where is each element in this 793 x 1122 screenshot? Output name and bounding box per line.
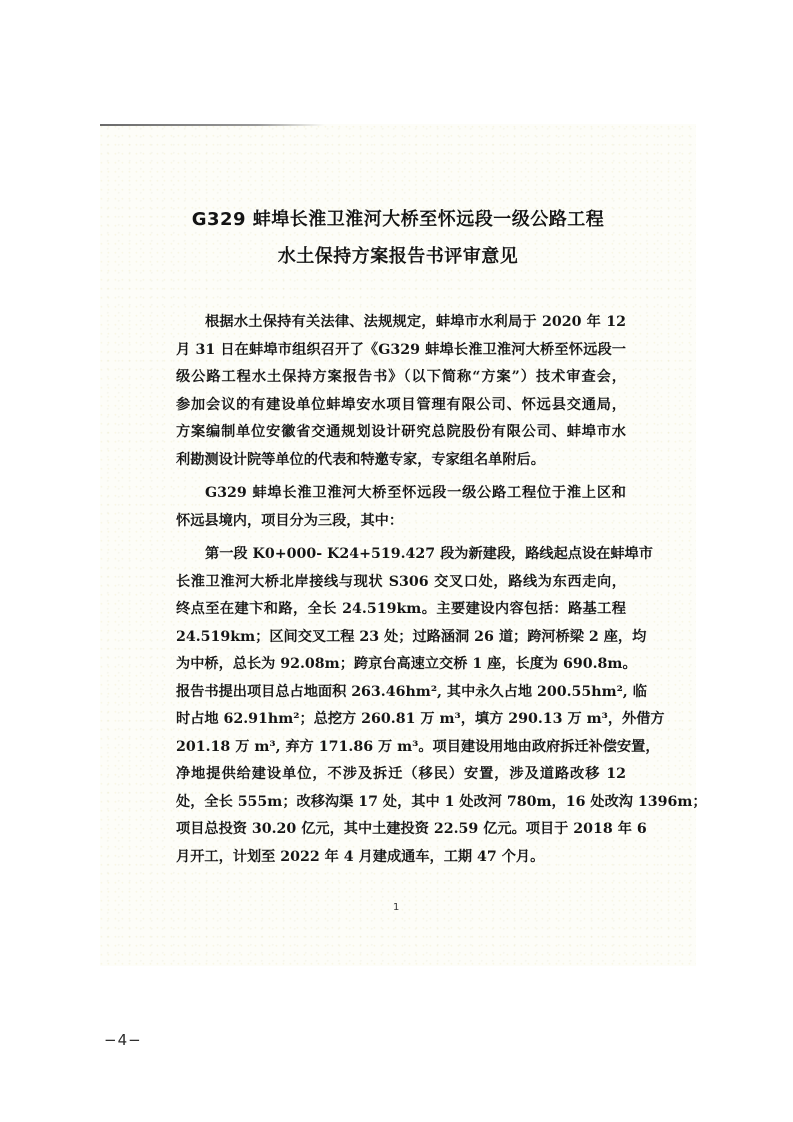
text-line: 第一段 K0+000- K24+519.427 段为新建段，路线起点设在蚌埠市 [176, 541, 626, 569]
paragraph-location: G329 蚌埠长淮卫淮河大桥至怀远段一级公路工程位于淮上区和 怀远县境内，项目分… [176, 480, 626, 535]
text-line: 为中桥，总长为 92.08m；跨京台高速立交桥 1 座，长度为 690.8m。 [176, 651, 626, 679]
text-line: 长淮卫淮河大桥北岸接线与现状 S306 交叉口处，路线为东西走向， [176, 569, 626, 597]
text-line: 净地提供给建设单位，不涉及拆迁（移民）安置，涉及道路改移 12 [176, 761, 626, 789]
document-title-line1: G329 蚌埠长淮卫淮河大桥至怀远段一级公路工程 [100, 205, 696, 231]
document-body: 根据水土保持有关法律、法规规定，蚌埠市水利局于 2020 年 12 月 31 日… [176, 309, 626, 871]
text-line: 根据水土保持有关法律、法规规定，蚌埠市水利局于 2020 年 12 [176, 309, 626, 337]
footer-page-marker: −4− [104, 1031, 142, 1049]
scan-edge-line [100, 124, 325, 126]
text-line: 时占地 62.91hm²；总挖方 260.81 万 m³，填方 290.13 万… [176, 706, 626, 734]
text-line: 报告书提出项目总占地面积 263.46hm², 其中永久占地 200.55hm²… [176, 679, 626, 707]
text-line: 处，全长 555m；改移沟渠 17 处，其中 1 处改河 780m，16 处改沟… [176, 789, 626, 817]
paragraph-section-one: 第一段 K0+000- K24+519.427 段为新建段，路线起点设在蚌埠市 … [176, 541, 626, 871]
text-line: 24.519km；区间交叉工程 23 处；过路涵洞 26 道；跨河桥梁 2 座，… [176, 624, 626, 652]
text-line: 参加会议的有建设单位蚌埠安水项目管理有限公司、怀远县交通局， [176, 392, 626, 420]
text-line: 怀远县境内，项目分为三段，其中： [176, 508, 626, 536]
text-line: 月开工，计划至 2022 年 4 月建成通车，工期 47 个月。 [176, 844, 626, 872]
text-line: 利勘测设计院等单位的代表和特邀专家，专家组名单附后。 [176, 447, 626, 475]
text-line: 终点至在建卞和路，全长 24.519km。主要建设内容包括：路基工程 [176, 596, 626, 624]
text-line: 项目总投资 30.20 亿元，其中土建投资 22.59 亿元。项目于 2018 … [176, 816, 626, 844]
text-line: 级公路工程水土保持方案报告书》（以下简称“方案”）技术审查会， [176, 364, 626, 392]
text-line: 月 31 日在蚌埠市组织召开了《G329 蚌埠长淮卫淮河大桥至怀远段一 [176, 337, 626, 365]
text-line: 方案编制单位安徽省交通规划设计研究总院股份有限公司、蚌埠市水 [176, 419, 626, 447]
text-line: 201.18 万 m³, 弃方 171.86 万 m³。项目建设用地由政府拆迁补… [176, 734, 626, 762]
document-title-line2: 水土保持方案报告书评审意见 [100, 242, 696, 268]
page-number: 1 [393, 902, 399, 913]
text-line: G329 蚌埠长淮卫淮河大桥至怀远段一级公路工程位于淮上区和 [176, 480, 626, 508]
paragraph-meeting: 根据水土保持有关法律、法规规定，蚌埠市水利局于 2020 年 12 月 31 日… [176, 309, 626, 474]
